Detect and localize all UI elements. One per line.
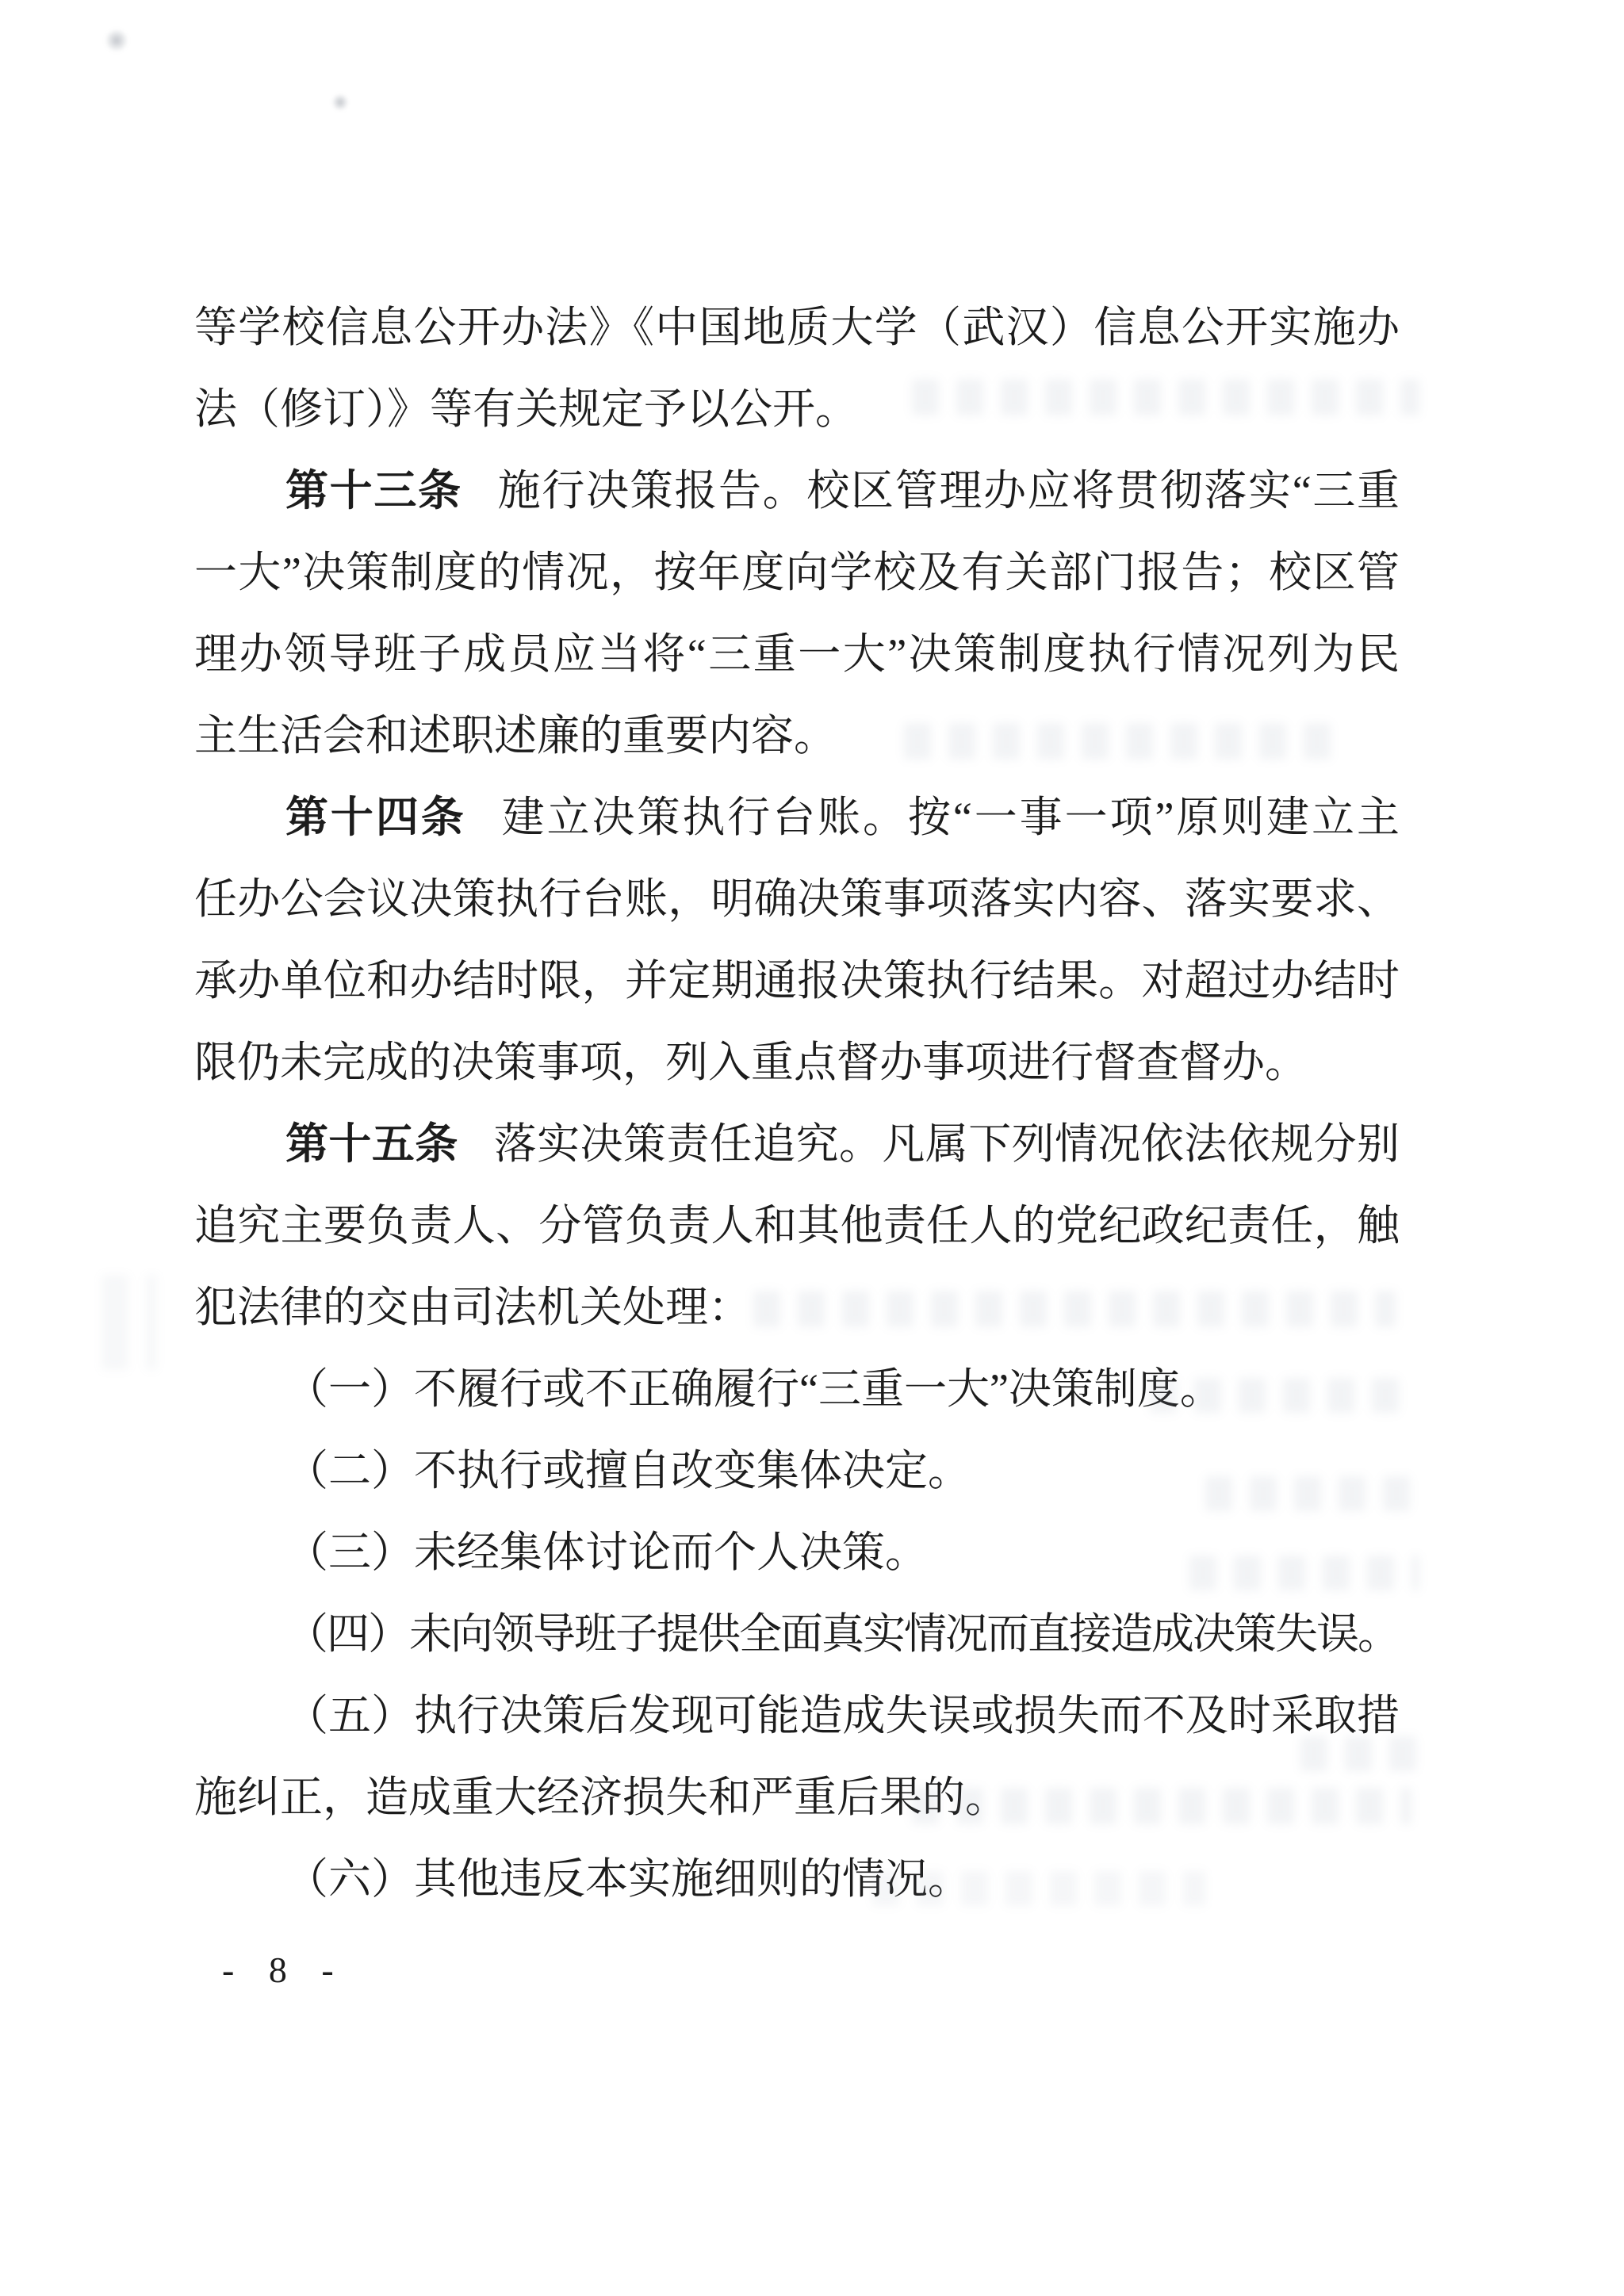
document-body: 等学校信息公开办法》《中国地质大学（武汉）信息公开实施办 法（修订）》等有关规定… xyxy=(194,287,1400,1920)
scan-artifact xyxy=(101,1275,157,1370)
doc-line-article-14: 第十四条建立决策执行台账。按“一事一项”原则建立主 xyxy=(194,777,1400,859)
doc-line: 理办领导班子成员应当将“三重一大”决策制度执行情况列为民 xyxy=(194,614,1400,695)
doc-line: 一大”决策制度的情况，按年度向学校及有关部门报告；校区管 xyxy=(194,532,1400,614)
doc-line-article-15: 第十五条落实决策责任追究。凡属下列情况依法依规分别 xyxy=(194,1104,1400,1185)
doc-line-text: 施纠正，造成重大经济损失和严重后果的。 xyxy=(194,1774,1008,1821)
scan-speck xyxy=(331,94,349,111)
doc-line-text: （一）不履行或不正确履行“三重一大”决策制度。 xyxy=(285,1365,1223,1413)
doc-line-text: 一大”决策制度的情况，按年度向学校及有关部门报告；校区管 xyxy=(194,549,1400,596)
doc-line-item-5: （五）执行决策后发现可能造成失误或损失而不及时采取措 xyxy=(194,1675,1400,1757)
doc-line-text: 理办领导班子成员应当将“三重一大”决策制度执行情况列为民 xyxy=(194,630,1400,678)
doc-line-text: 落实决策责任追究。凡属下列情况依法依规分别 xyxy=(494,1120,1400,1168)
doc-line-item-4: （四）未向领导班子提供全面真实情况而直接造成决策失误。 xyxy=(194,1594,1400,1675)
doc-line-text: 任办公会议决策执行台账，明确决策事项落实内容、落实要求、 xyxy=(194,875,1400,923)
doc-line-text: 建立决策执行台账。按“一事一项”原则建立主 xyxy=(502,794,1400,841)
doc-line-text: （三）未经集体讨论而个人决策。 xyxy=(285,1529,928,1576)
article-number-bold: 第十三条 xyxy=(285,467,462,515)
doc-line-text: 等学校信息公开办法》《中国地质大学（武汉）信息公开实施办 xyxy=(194,304,1400,351)
doc-line-article-13: 第十三条施行决策报告。校区管理办应将贯彻落实“三重 xyxy=(194,450,1400,532)
doc-line: 限仍未完成的决策事项，列入重点督办事项进行督查督办。 xyxy=(194,1022,1400,1104)
doc-line-text: （四）未向领导班子提供全面真实情况而直接造成决策失误。 xyxy=(285,1610,1399,1658)
doc-line-text: （二）不执行或擅自改变集体决定。 xyxy=(285,1447,971,1494)
doc-line-item-3: （三）未经集体讨论而个人决策。 xyxy=(194,1512,1400,1594)
doc-line-text: 施行决策报告。校区管理办应将贯彻落实“三重 xyxy=(498,467,1400,515)
doc-line: 追究主要负责人、分管负责人和其他责任人的党纪政纪责任，触 xyxy=(194,1185,1400,1267)
doc-line-text: 追究主要负责人、分管负责人和其他责任人的党纪政纪责任，触 xyxy=(194,1202,1400,1249)
doc-line-text: （五）执行决策后发现可能造成失误或损失而不及时采取措 xyxy=(285,1692,1400,1739)
doc-line-item-1: （一）不履行或不正确履行“三重一大”决策制度。 xyxy=(194,1349,1400,1430)
doc-line-text: 主生活会和述职述廉的重要内容。 xyxy=(194,712,837,760)
doc-line-text: （六）其他违反本实施细则的情况。 xyxy=(285,1855,971,1903)
doc-line: 主生活会和述职述廉的重要内容。 xyxy=(194,695,1400,777)
doc-line-text: 法（修订）》等有关规定予以公开。 xyxy=(194,385,858,433)
doc-line-text: 承办单位和办结时限，并定期通报决策执行结果。对超过办结时 xyxy=(194,957,1400,1004)
doc-line-item-2: （二）不执行或擅自改变集体决定。 xyxy=(194,1430,1400,1512)
page-number: - 8 - xyxy=(222,1949,347,1992)
article-number-bold: 第十五条 xyxy=(285,1120,458,1168)
doc-line: 犯法律的交由司法机关处理： xyxy=(194,1267,1400,1349)
doc-line-item-6: （六）其他违反本实施细则的情况。 xyxy=(194,1839,1400,1920)
scan-speck xyxy=(105,29,128,52)
doc-line: 任办公会议决策执行台账，明确决策事项落实内容、落实要求、 xyxy=(194,859,1400,940)
article-number-bold: 第十四条 xyxy=(285,794,466,841)
doc-line: 等学校信息公开办法》《中国地质大学（武汉）信息公开实施办 xyxy=(194,287,1400,369)
doc-line: 承办单位和办结时限，并定期通报决策执行结果。对超过办结时 xyxy=(194,940,1400,1022)
doc-line-text: 限仍未完成的决策事项，列入重点督办事项进行督查督办。 xyxy=(194,1039,1308,1086)
doc-line: 施纠正，造成重大经济损失和严重后果的。 xyxy=(194,1757,1400,1839)
doc-line-text: 犯法律的交由司法机关处理： xyxy=(194,1284,751,1331)
doc-line: 法（修订）》等有关规定予以公开。 xyxy=(194,369,1400,450)
document-page: 等学校信息公开办法》《中国地质大学（武汉）信息公开实施办 法（修订）》等有关规定… xyxy=(0,0,1624,2296)
